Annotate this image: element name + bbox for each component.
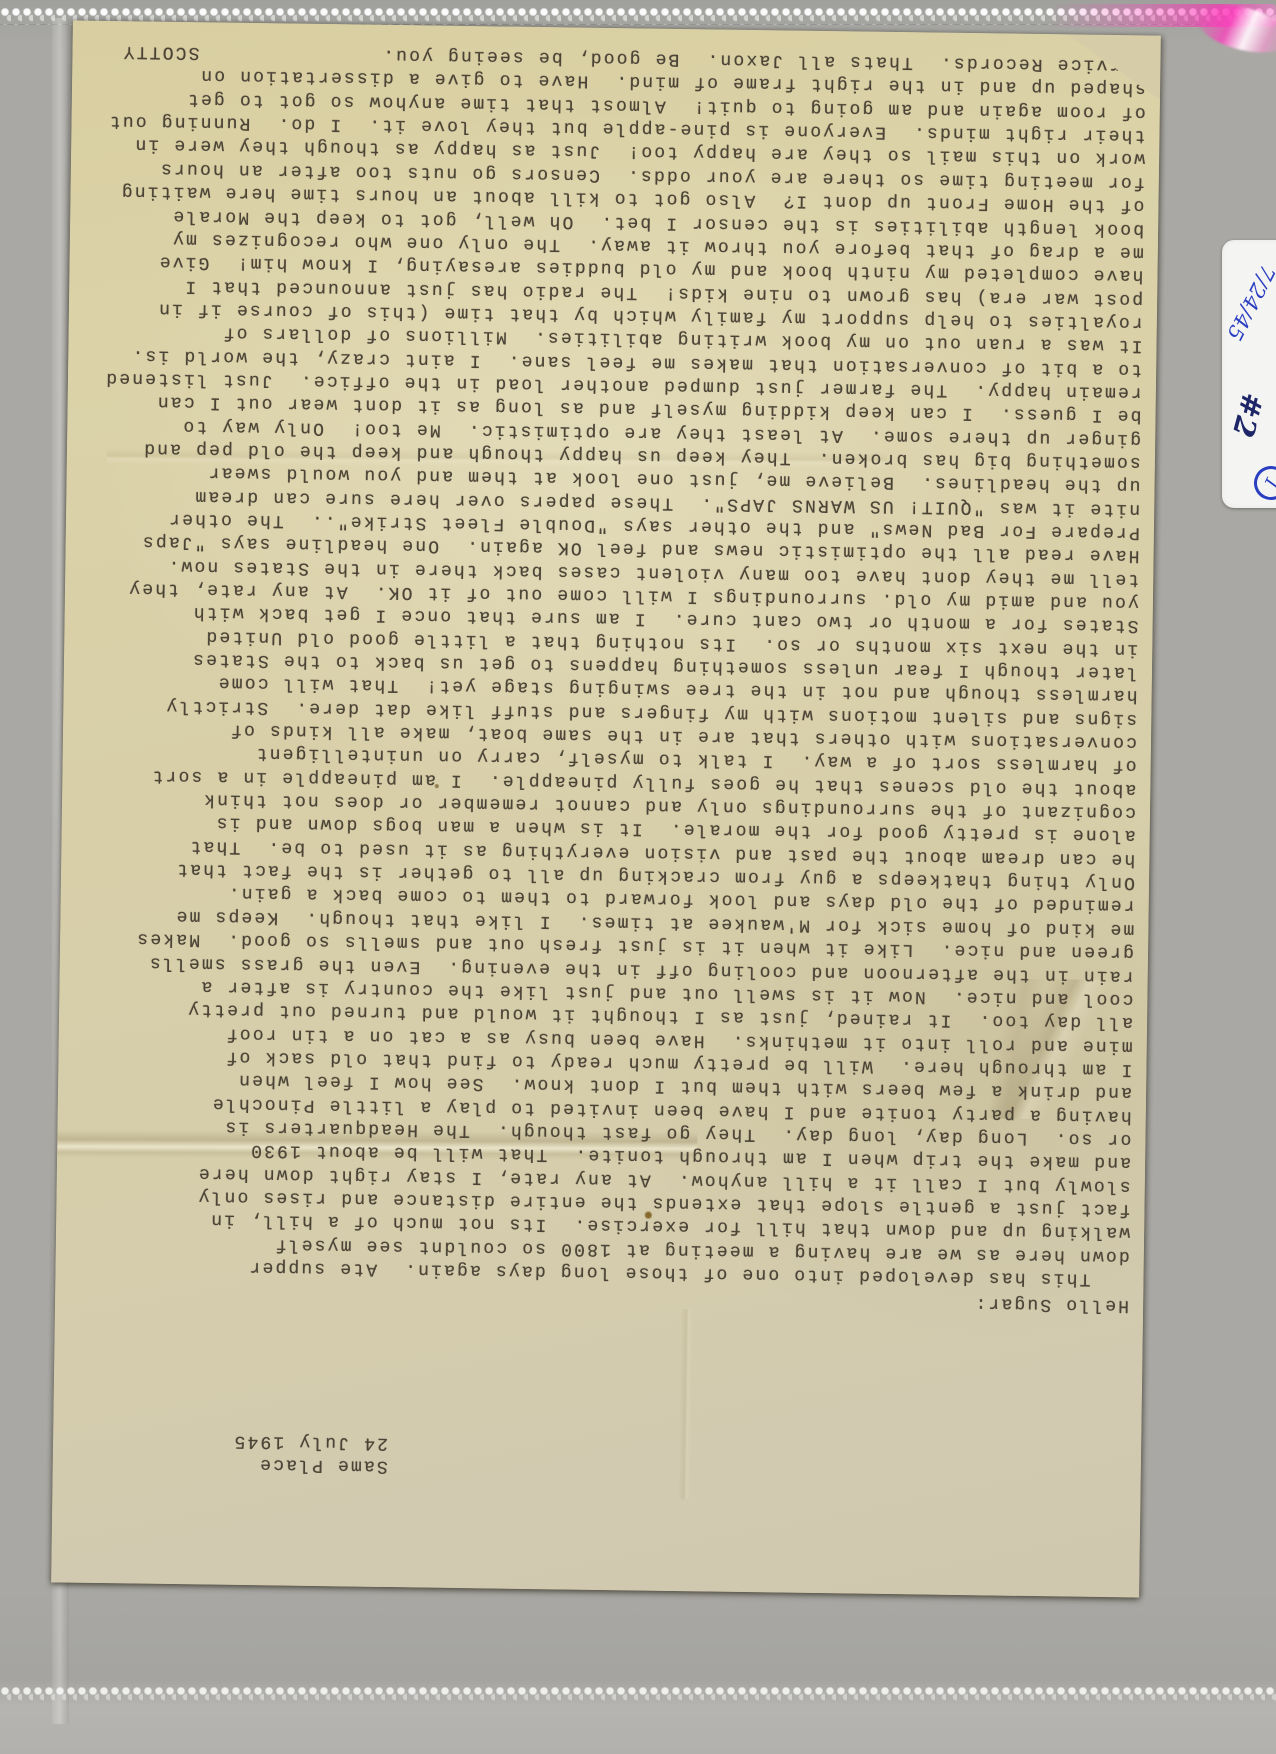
sleeve-bottom-edge [0,1686,1276,1702]
heading-place: Same Place [232,1452,388,1478]
heading-date: 24 July 1945 [232,1428,388,1454]
letter-body: This has developed into one of those lon… [92,39,1147,1291]
label-circled-number-annotation: 1 [1248,460,1276,505]
label-date-annotation: 7/24/45 [1222,261,1276,344]
label-number-annotation: #2 [1226,389,1270,441]
letter-heading: Same Place24 July 1945 [232,1428,388,1477]
letter-salutation: Hello Sugar: [973,1291,1129,1317]
letter-content-upside-down: Same Place24 July 1945 Hello Sugar: This… [51,20,1161,1597]
scanned-letter-page: Same Place24 July 1945 Hello Sugar: This… [0,0,1276,1754]
letter-paper: Same Place24 July 1945 Hello Sugar: This… [51,20,1161,1597]
archival-label-sticker: 7/24/45 #2 1 [1222,240,1276,508]
